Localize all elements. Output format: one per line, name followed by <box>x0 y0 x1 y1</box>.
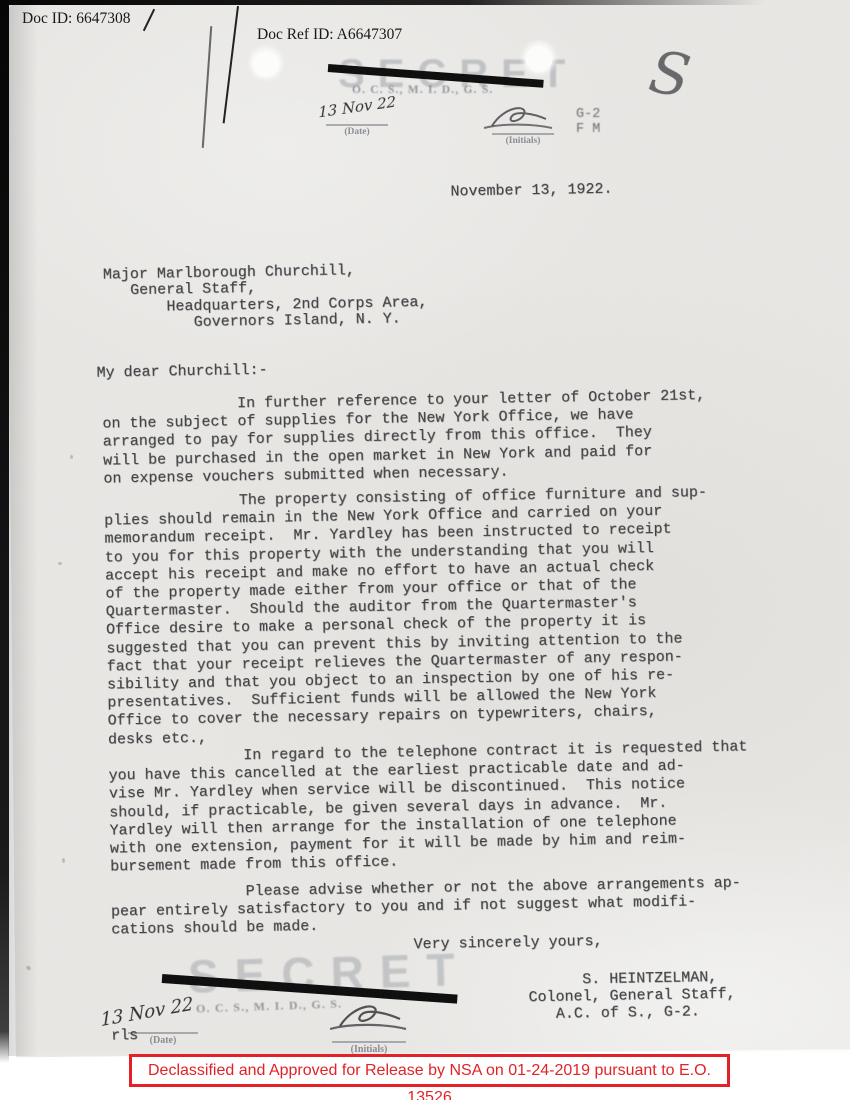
paragraph-4: Please advise whether or not the above a… <box>111 874 742 940</box>
doc-id-text: Doc ID: 6647308 <box>22 10 131 28</box>
letter-body: November 13, 1922. Major Marlborough Chu… <box>0 0 850 1100</box>
typist-initials: rls <box>111 1027 138 1046</box>
paragraph-3: In regard to the telephone contract it i… <box>108 738 749 877</box>
doc-ref-id-text: Doc Ref ID: A6647307 <box>257 26 402 44</box>
paragraph-1: In further reference to your letter of O… <box>102 387 707 489</box>
initials-scribble-bottom <box>328 1002 408 1034</box>
paragraph-2: The property consisting of office furnit… <box>104 484 711 749</box>
closing-line: Very sincerely yours, <box>413 933 602 954</box>
initials-scribble-top <box>482 104 554 134</box>
punch-hole-left <box>252 49 280 77</box>
punch-hole-right <box>525 44 553 72</box>
letter-date: November 13, 1922. <box>450 181 612 202</box>
address-block: Major Marlborough Churchill, General Sta… <box>103 262 428 333</box>
scanned-page: Doc ID: 6647308 Doc Ref ID: A6647307 SEC… <box>0 0 850 1100</box>
signature-block: S. HEINTZELMAN, Colonel, General Staff, … <box>528 969 736 1024</box>
declassification-banner: Declassified and Approved for Release by… <box>129 1054 730 1087</box>
salutation: My dear Churchill:- <box>96 362 267 383</box>
